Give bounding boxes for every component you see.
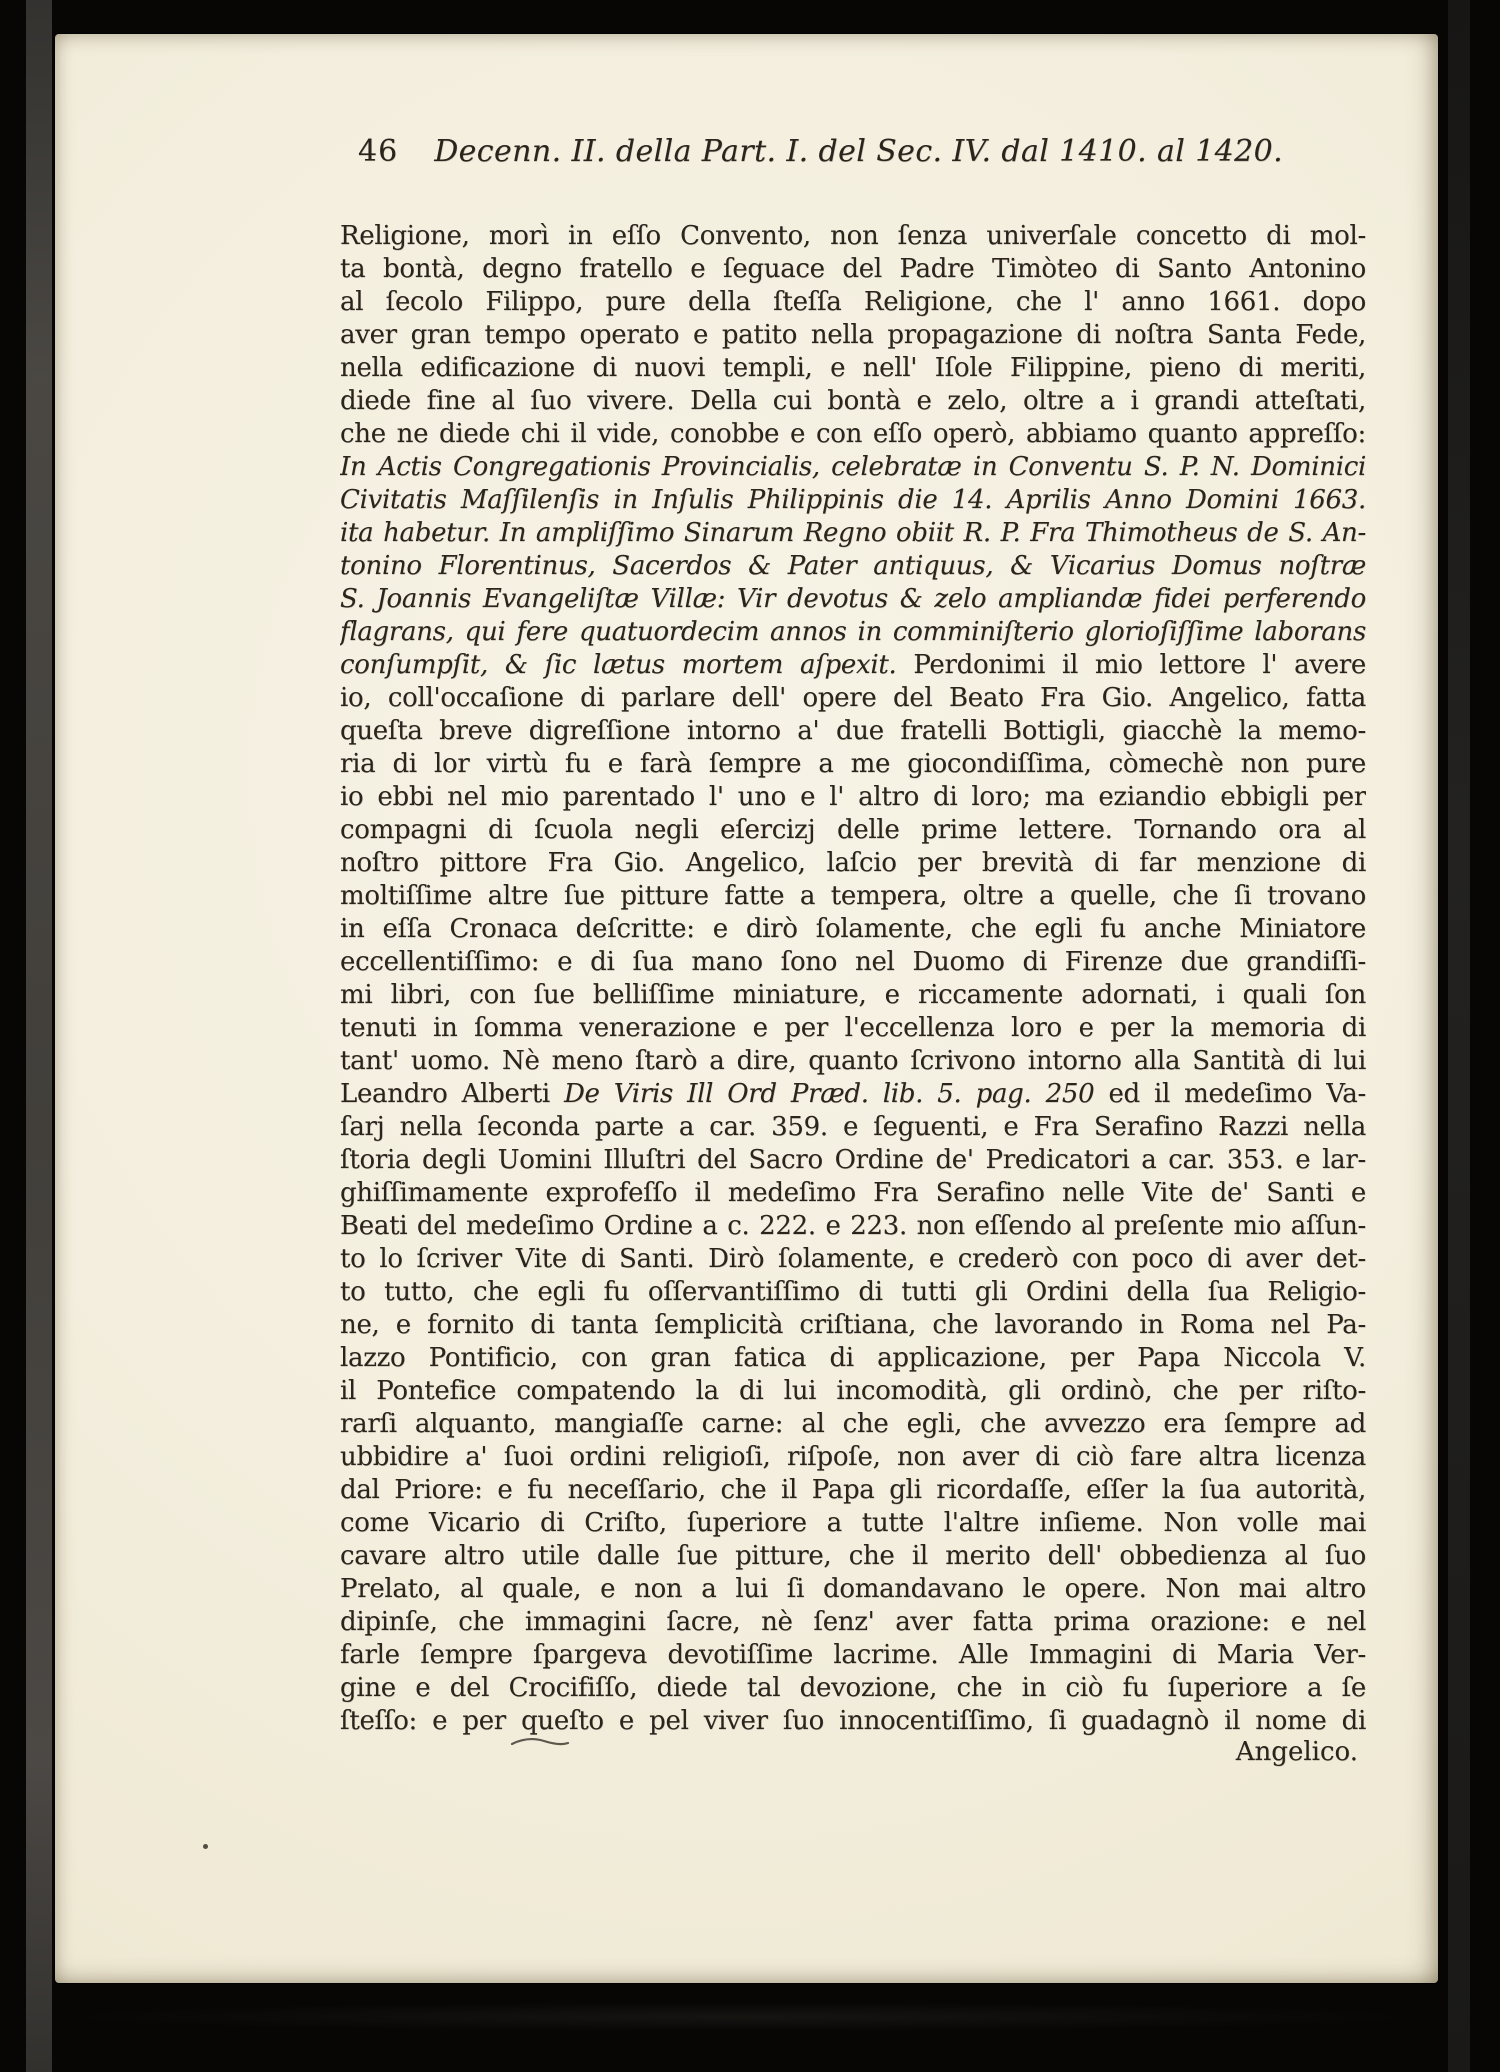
text-line: ghiſſimamente exprofeſſo il medeſimo Fra… [340,1177,1366,1210]
text-line: come Vicario di Criſto, ſuperiore a tutt… [340,1507,1366,1540]
text-line: Beati del medeſimo Ordine a c. 222. e 22… [340,1210,1366,1243]
header-title: Decenn. II. della Part. I. del Sec. IV. … [434,134,1283,169]
text-line: lazzo Pontificio, con gran fatica di app… [340,1342,1366,1375]
text-line: ita habetur. In ampliſſimo Sinarum Regno… [340,517,1366,550]
text-line: ne, e fornito di tanta ſemplicità criſti… [340,1309,1366,1342]
text-line: dal Priore: e fu neceſſario, che il Papa… [340,1474,1366,1507]
scan-border-right-strip [1448,0,1470,2072]
text-line: Prelato, al quale, e non a lui ſi domand… [340,1573,1366,1606]
text-line: tant' uomo. Nè meno ſtarò a dire, quanto… [340,1045,1366,1078]
text-line: che ne diede chi il vide, conobbe e con … [340,418,1366,451]
text-line: ubbidire a' ſuoi ordini religioſi, riſpo… [340,1441,1366,1474]
text-line: flagrans, qui fere quatuordecim annos in… [340,616,1366,649]
text-line: ta bontà, degno fratello e ſeguace del P… [340,253,1366,286]
text-line: al ſecolo Filippo, pure della ſteſſa Rel… [340,286,1366,319]
text-line: S. Joannis Evangeliſtæ Villæ: Vir devotu… [340,583,1366,616]
text-line: ria di lor virtù fu e farà ſempre a me g… [340,748,1366,781]
text-line: io ebbi nel mio parentado l' uno e l' al… [340,781,1366,814]
text-line: Religione, morì in eſſo Convento, non ſe… [340,220,1366,253]
text-line: gine e del Crocifiſſo, diede tal devozio… [340,1672,1366,1705]
scan-border-bottom-glow [60,2002,1420,2032]
page-number: 46 [358,134,398,169]
ink-smudge-mark [510,1734,570,1750]
text-line: conſumpſit, & ſic lætus mortem aſpexit. … [340,649,1366,682]
text-line: moltiſſime altre ſue pitture fatte a tem… [340,880,1366,913]
text-line: queſta breve digreſſione intorno a' due … [340,715,1366,748]
text-line: compagni di ſcuola negli eſercizj delle … [340,814,1366,847]
text-line: il Pontefice compatendo la di lui incomo… [340,1375,1366,1408]
text-line: farle ſempre ſpargeva devotiſſime lacrim… [340,1639,1366,1672]
text-line: Leandro Alberti De Viris Ill Ord Præd. l… [340,1078,1366,1111]
text-line: diede fine al ſuo vivere. Della cui bont… [340,385,1366,418]
text-line: eccellentiſſimo: e di ſua mano ſono nel … [340,946,1366,979]
scan-border-left-strip [26,0,52,2072]
text-line: to lo ſcriver Vite di Santi. Dirò ſolame… [340,1243,1366,1276]
paper-speck [203,1844,208,1849]
text-line: aver gran tempo operato e patito nella p… [340,319,1366,352]
scanned-book-photo: { "colors": { "paper": "#f3eedd", "paper… [0,0,1500,2072]
text-line: tonino Florentinus, Sacerdos & Pater ant… [340,550,1366,583]
text-line: ſarj nella ſeconda parte a car. 359. e ſ… [340,1111,1366,1144]
body-text: Religione, morì in eſſo Convento, non ſe… [340,220,1366,1738]
text-line: In Actis Congregationis Provincialis, ce… [340,451,1366,484]
text-line: to tutto, che egli fu oſſervantiſſimo di… [340,1276,1366,1309]
text-line: mi libri, con ſue belliſſime miniature, … [340,979,1366,1012]
running-header: 46 Decenn. II. della Part. I. del Sec. I… [358,134,1368,169]
text-line: cavare altro utile dalle ſue pitture, ch… [340,1540,1366,1573]
text-line: noſtro pittore Fra Gio. Angelico, laſcio… [340,847,1366,880]
text-line: ſteſſo: e per queſto e pel viver ſuo inn… [340,1705,1366,1738]
text-line: in eſſa Cronaca deſcritte: e dirò ſolame… [340,913,1366,946]
text-line: ſtoria degli Uomini Illuſtri del Sacro O… [340,1144,1366,1177]
text-line: rarſi alquanto, mangiaſſe carne: al che … [340,1408,1366,1441]
text-line: nella edificazione di nuovi templi, e ne… [340,352,1366,385]
book-page: 46 Decenn. II. della Part. I. del Sec. I… [55,34,1438,1983]
catchword-row: Angelico. [340,1736,1366,1769]
text-line: io, coll'occaſione di parlare dell' oper… [340,682,1366,715]
catchword: Angelico. [1236,1737,1358,1767]
text-line: dipinſe, che immagini ſacre, nè ſenz' av… [340,1606,1366,1639]
text-line: Civitatis Maſſilenſis in Inſulis Philipp… [340,484,1366,517]
text-line: tenuti in ſomma venerazione e per l'ecce… [340,1012,1366,1045]
